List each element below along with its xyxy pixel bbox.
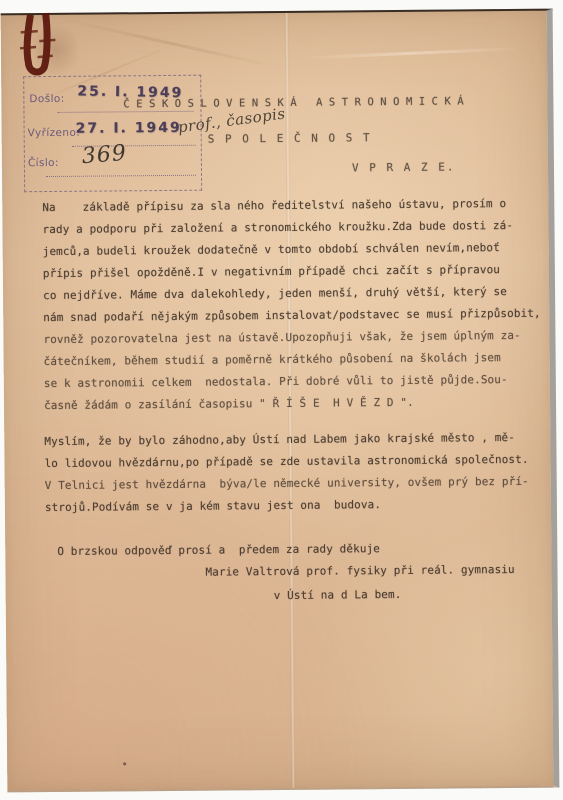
typed-line: čátečníkem, během studií a poměrně krátk… [44, 351, 501, 369]
typed-line: rady a podporu při založení a stronomick… [42, 219, 513, 237]
typed-line: se k astronomii celkem nedostala. Při do… [44, 373, 508, 391]
wrinkle-shadow [63, 18, 278, 69]
typed-line: rovněž pozorovatelna jest na ústavě.Upoz… [43, 329, 520, 347]
closing-line: O brzskou odpověď prosí a předem za rady… [57, 542, 380, 559]
typed-line: Na základě přípisu za sla ného ředitelst… [42, 197, 506, 215]
signature-place: v Ústí na d La bem. [274, 588, 402, 603]
processed-label: Vyřízeno: [28, 127, 81, 139]
number-label: Číslo: [28, 157, 59, 169]
document-scan: { "colors": { "paper": "#deba97", "ink":… [0, 0, 563, 800]
typed-line: časně žádám o zasílání časopisu " Ř Í Š … [44, 396, 414, 413]
signature-name: Marie Valtrová prof. fysiky při reál. gy… [205, 563, 514, 580]
typed-line: V Telnici jest hvězdárna býva/le německé… [45, 475, 529, 493]
typed-line: přípis přišel opožděně.I v negativním př… [43, 263, 500, 281]
file-number-handwritten: 369 [81, 141, 128, 169]
org-name-line2: S P O L E Č N O S T [208, 131, 372, 146]
received-label: Došlo: [29, 93, 64, 105]
org-city: V P R A Z E. [352, 160, 456, 175]
letter-page: Došlo: 25. I. 1949 Vyřízeno: 27. I. 1949… [1, 9, 560, 793]
typed-line: jemců,a budeli kroužek dodatečně v tomto… [43, 241, 500, 259]
typed-line: Myslím, že by bylo záhodno,aby Ústí nad … [44, 431, 515, 449]
org-name-line1: Č E S K O S L O V E N S K Á A S T R O N … [123, 94, 463, 111]
processed-date-stamp: 27. I. 1949 [76, 120, 182, 137]
typed-line: co nejdříve. Máme dva dalekohledy, jeden… [43, 285, 507, 303]
wrinkle-highlight [301, 47, 521, 60]
typed-line: strojů.Podívám se v ja kém stavu jest on… [45, 498, 381, 515]
typed-line: lo lidovou hvězdárnu,po případě se zde u… [44, 453, 528, 471]
paper-speck [123, 762, 126, 765]
typed-line: nám snad podaří nějakým způsobem instalo… [43, 307, 541, 325]
